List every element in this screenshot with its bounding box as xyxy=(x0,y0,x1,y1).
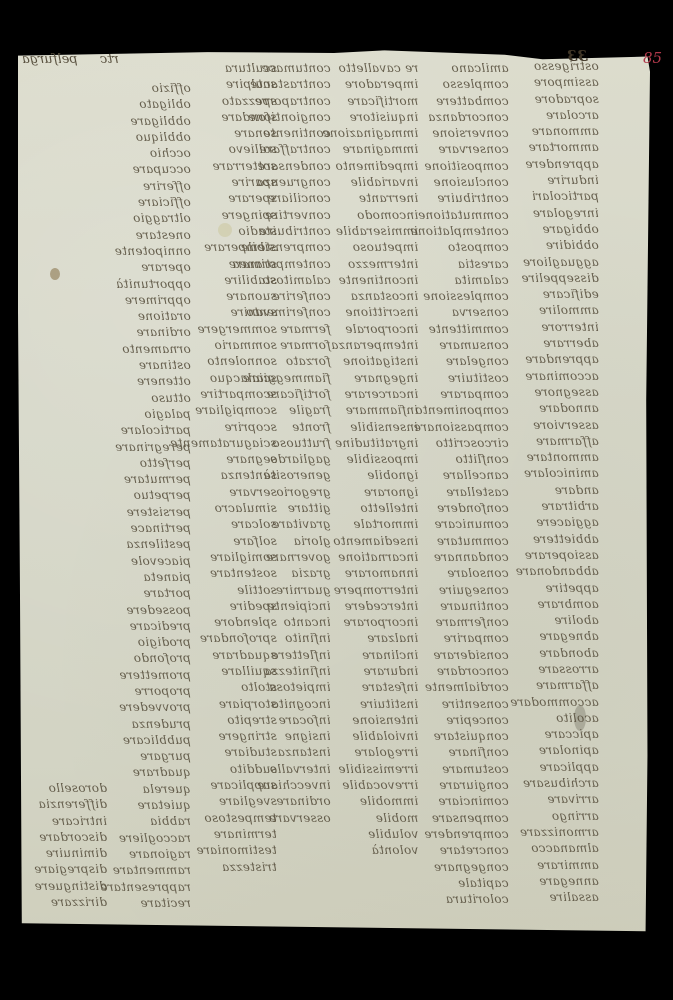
manuscript-word: comparare xyxy=(410,386,509,402)
manuscript-word: impossibile xyxy=(322,451,418,467)
manuscript-word: cancellare xyxy=(410,467,509,483)
manuscript-word: andare xyxy=(510,482,599,498)
manuscript-word: ordinare xyxy=(100,324,191,340)
manuscript-word: pianeta xyxy=(100,569,191,585)
manuscript-word: volontà xyxy=(322,842,418,858)
manuscript-word: incontinente xyxy=(322,272,418,288)
manuscript-word: incorporare xyxy=(322,614,418,630)
word-column-3: re cavallettoimperadoremortificareinquis… xyxy=(322,60,418,859)
manuscript-word: cordialmente xyxy=(410,679,509,695)
manuscript-word: affarmare xyxy=(510,677,599,693)
header-note-left-2: rtc xyxy=(100,52,119,67)
manuscript-word: innamorare xyxy=(322,565,418,581)
manuscript-word: conservare xyxy=(410,141,509,157)
manuscript-word: scultura xyxy=(170,60,277,76)
manuscript-word: coloritura xyxy=(410,891,509,907)
manuscript-word: ingratitudine xyxy=(322,435,418,451)
manuscript-word: incostanza xyxy=(322,288,418,304)
manuscript-word: ignorare xyxy=(322,484,418,500)
manuscript-word: interrore xyxy=(510,319,599,335)
manuscript-word: persistere xyxy=(100,504,191,520)
manuscript-word: quietare xyxy=(100,797,191,813)
manuscript-word: incarcerare xyxy=(322,386,418,402)
manuscript-word: oratione xyxy=(100,308,191,324)
manuscript-word: confermare xyxy=(410,614,509,630)
manuscript-word: assegnore xyxy=(510,384,599,400)
manuscript-word: inquisitore xyxy=(322,109,418,125)
manuscript-word: obbidire xyxy=(510,237,599,253)
header-note-left: pelfurga xyxy=(22,52,78,67)
manuscript-word: conflitto xyxy=(410,451,509,467)
manuscript-word: insensibile xyxy=(322,419,418,435)
manuscript-word: apiccare xyxy=(510,726,599,742)
manuscript-word: arcolare xyxy=(510,107,599,123)
manuscript-word: continuare xyxy=(410,598,509,614)
manuscript-word: carestia xyxy=(410,256,509,272)
manuscript-word: dispregiare xyxy=(34,861,107,877)
manuscript-word: confondere xyxy=(410,500,509,516)
manuscript-word: conquistare xyxy=(410,728,509,744)
manuscript-word: ingegnare xyxy=(322,370,418,386)
manuscript-word: arrossare xyxy=(510,661,599,677)
manuscript-word: amilcano xyxy=(410,60,509,76)
manuscript-word: comparire xyxy=(410,630,509,646)
manuscript-word: congegnare xyxy=(410,859,509,875)
manuscript-word: inerrante xyxy=(322,190,418,206)
manuscript-word: permutare xyxy=(100,471,191,487)
manuscript-word: agguagliore xyxy=(510,254,599,270)
manuscript-word: componimento xyxy=(410,402,509,418)
manuscript-word: complessione xyxy=(410,288,509,304)
manuscript-word: combattere xyxy=(410,93,509,109)
manuscript-word: committente xyxy=(410,321,509,337)
manuscript-word: discordare xyxy=(34,829,107,845)
manuscript-word: officiare xyxy=(100,194,191,210)
manuscript-word: conclusione xyxy=(410,174,509,190)
manuscript-word: intermezzo xyxy=(322,256,418,272)
manuscript-word: abbandonare xyxy=(510,563,599,579)
manuscript-word: assimpore xyxy=(510,74,599,90)
manuscript-word: immaginare xyxy=(322,141,418,157)
manuscript-word: opportunità xyxy=(100,276,191,292)
manuscript-word: pertinace xyxy=(100,520,191,536)
manuscript-word: assioperare xyxy=(510,547,599,563)
manuscript-word: diminuire xyxy=(34,845,107,861)
manuscript-word: aombrare xyxy=(510,596,599,612)
manuscript-word: onnipotente xyxy=(100,243,191,259)
manuscript-word: distinguere xyxy=(34,878,107,894)
manuscript-word: archibusare xyxy=(510,775,599,791)
manuscript-word: intemperanza xyxy=(322,337,418,353)
manuscript-word: inscrittione xyxy=(322,304,418,320)
word-column-2: amilcanocomplessocombattereconcordanzaco… xyxy=(410,60,509,907)
manuscript-word: pestilenza xyxy=(100,536,191,552)
manuscript-word: ignobile xyxy=(322,467,418,483)
manuscript-word: applicare xyxy=(510,759,599,775)
manuscript-word: intricare xyxy=(34,813,107,829)
manuscript-word: ostinare xyxy=(100,357,191,373)
manuscript-word: ammonare xyxy=(510,123,599,139)
manuscript-word: differenzia xyxy=(34,796,107,812)
manuscript-word: commutatione xyxy=(410,207,509,223)
manuscript-word: prudenza xyxy=(100,716,191,732)
manuscript-word: indurare xyxy=(322,663,418,679)
manuscript-word: accominare xyxy=(510,368,599,384)
manuscript-word: prodigio xyxy=(100,634,191,650)
manuscript-word: irrevocabile xyxy=(322,777,418,793)
manuscript-word: oltraggio xyxy=(100,210,191,226)
manuscript-word: intelletto xyxy=(322,500,418,516)
manuscript-word: circoscritto xyxy=(410,435,509,451)
manuscript-word: calamita xyxy=(410,272,509,288)
manuscript-word: offerire xyxy=(100,178,191,194)
manuscript-word: imperadore xyxy=(322,76,418,92)
manuscript-word: impedimento xyxy=(322,158,418,174)
manuscript-word: instituire xyxy=(322,696,418,712)
manuscript-word: opprimere xyxy=(100,292,191,308)
manuscript-word: possedere xyxy=(100,602,191,618)
manuscript-word: confinare xyxy=(410,744,509,760)
manuscript-word: particolari xyxy=(510,188,599,204)
manuscript-word: provvedere xyxy=(100,699,191,715)
manuscript-word: obbliquo xyxy=(100,129,191,145)
manuscript-word: considerare xyxy=(410,647,509,663)
manuscript-word: perfetto xyxy=(100,455,191,471)
manuscript-word: ammortare xyxy=(510,139,599,155)
manuscript-word: quadrare xyxy=(100,764,191,780)
manuscript-word: comprendere xyxy=(410,826,509,842)
manuscript-word: irregolare xyxy=(322,744,418,760)
manuscript-word: peregrinare xyxy=(100,439,191,455)
manuscript-word: rammentare xyxy=(100,862,191,878)
manuscript-word: castellare xyxy=(410,484,509,500)
manuscript-word: conversione xyxy=(410,125,509,141)
manuscript-word: conseguire xyxy=(410,582,509,598)
manuscript-word: obligato xyxy=(100,96,191,112)
manuscript-word: dorosello xyxy=(34,780,107,796)
manuscript-word: particolare xyxy=(100,422,191,438)
manuscript-word: annegare xyxy=(510,873,599,889)
ink-stain xyxy=(50,268,60,280)
word-column-6: offizioobligatoobbligareobbliquoocchiooc… xyxy=(100,80,191,911)
manuscript-word: capitale xyxy=(410,875,509,891)
folio-number: 85 xyxy=(643,49,662,67)
manuscript-word: apinolare xyxy=(510,742,599,758)
manuscript-word: composto xyxy=(410,239,509,255)
manuscript-word: offizio xyxy=(100,80,191,96)
manuscript-word: interrompere xyxy=(322,582,418,598)
manuscript-word: obbigare xyxy=(510,221,599,237)
manuscript-word: purgare xyxy=(100,748,191,764)
manuscript-word: impetuoso xyxy=(322,239,418,255)
manuscript-word: affarmare xyxy=(510,433,599,449)
manuscript-word: irremissibile xyxy=(322,761,418,777)
manuscript-word: arringo xyxy=(510,808,599,824)
manuscript-word: concretare xyxy=(410,842,509,858)
word-column-7: dorosellodifferenziaintricarediscordared… xyxy=(34,780,107,910)
manuscript-word: congelare xyxy=(410,353,509,369)
manuscript-word: ottuso xyxy=(100,390,191,406)
manuscript-word: proporre xyxy=(100,683,191,699)
manuscript-word: infestare xyxy=(322,679,418,695)
manuscript-word: contemplatione xyxy=(410,223,509,239)
manuscript-word: asserviore xyxy=(510,417,599,433)
manuscript-word: pubblicare xyxy=(100,732,191,748)
manuscript-word: rappresentare xyxy=(100,879,191,895)
manuscript-word: arrivare xyxy=(510,791,599,807)
manuscript-word: assalire xyxy=(510,889,599,905)
manuscript-word: compensare xyxy=(410,810,509,826)
manuscript-word: recitare xyxy=(100,895,191,911)
manuscript-word: obbligare xyxy=(100,113,191,129)
manuscript-word: inregolare xyxy=(510,205,599,221)
manuscript-word: disseppelire xyxy=(510,270,599,286)
manuscript-word: predicare xyxy=(100,618,191,634)
manuscript-word: inalzare xyxy=(322,630,418,646)
manuscript-word: onestare xyxy=(100,227,191,243)
manuscript-word: apprendere xyxy=(510,156,599,172)
manuscript-word: annodare xyxy=(510,400,599,416)
manuscript-word: instigatione xyxy=(322,353,418,369)
manuscript-word: occupare xyxy=(100,161,191,177)
manuscript-word: intensione xyxy=(322,712,418,728)
manuscript-word: concordare xyxy=(410,663,509,679)
manuscript-word: acolito xyxy=(510,710,599,726)
manuscript-word: aminicolare xyxy=(510,465,599,481)
manuscript-word: accommodare xyxy=(510,694,599,710)
manuscript-word: insediamento xyxy=(322,533,418,549)
manuscript-word: costumare xyxy=(410,761,509,777)
manuscript-word: profondo xyxy=(100,650,191,666)
manuscript-word: intercedere xyxy=(322,598,418,614)
manuscript-word: arbitrare xyxy=(510,498,599,514)
manuscript-word: sopradore xyxy=(510,91,599,107)
manuscript-word: inclinare xyxy=(322,647,418,663)
manuscript-word: dirizzare xyxy=(34,894,107,910)
manuscript-word: volubile xyxy=(322,826,418,842)
manuscript-word: appetire xyxy=(510,580,599,596)
manuscript-word: inviolabile xyxy=(322,728,418,744)
manuscript-word: abondare xyxy=(510,645,599,661)
manuscript-word: ornamento xyxy=(100,341,191,357)
manuscript-word: abolire xyxy=(510,612,599,628)
manuscript-word: occhio xyxy=(100,145,191,161)
manuscript-word: complesso xyxy=(410,76,509,92)
manuscript-word: cominciare xyxy=(410,793,509,809)
manuscript-word: comunicare xyxy=(410,516,509,532)
manuscript-word: ostrigesso xyxy=(510,58,599,74)
manuscript-word: re cavalletto xyxy=(322,60,418,76)
manuscript-word: piacevole xyxy=(100,553,191,569)
manuscript-word: aggiacere xyxy=(510,514,599,530)
manuscript-word: compassionare xyxy=(410,419,509,435)
manuscript-word: concepire xyxy=(410,712,509,728)
manuscript-word: infiammare xyxy=(322,402,418,418)
manuscript-word: indurire xyxy=(510,172,599,188)
manuscript-word: consentire xyxy=(410,696,509,712)
manuscript-word: condannare xyxy=(410,549,509,565)
manuscript-word: consolare xyxy=(410,565,509,581)
manuscript-word: promettere xyxy=(100,667,191,683)
manuscript-word: compositione xyxy=(410,158,509,174)
manuscript-word: rabbia xyxy=(100,813,191,829)
manuscript-word: congiurare xyxy=(410,777,509,793)
manuscript-word: invariabile xyxy=(322,174,418,190)
manuscript-word: immortale xyxy=(322,516,418,532)
manuscript-word: palagio xyxy=(100,406,191,422)
manuscript-word: commutare xyxy=(410,533,509,549)
manuscript-word: ragionare xyxy=(100,846,191,862)
manuscript-word: raccogliere xyxy=(100,830,191,846)
manuscript-word: immobile xyxy=(322,793,418,809)
manuscript-word: costituire xyxy=(410,370,509,386)
manuscript-word: ottenere xyxy=(100,373,191,389)
manuscript-word: concordanza xyxy=(410,109,509,125)
manuscript-word: ammontare xyxy=(510,449,599,465)
manuscript-word: apprendare xyxy=(510,351,599,367)
word-column-1: ostrigessoassimporesopradorearcolareammo… xyxy=(510,58,599,905)
manuscript-word: querela xyxy=(100,781,191,797)
manuscript-word: perpetuo xyxy=(100,487,191,503)
manuscript-word: armonizzare xyxy=(510,824,599,840)
manuscript-word: immiserabile xyxy=(322,223,418,239)
manuscript-word: immaginazione xyxy=(322,125,418,141)
manuscript-word: abnegare xyxy=(510,628,599,644)
manuscript-word: almanacco xyxy=(510,840,599,856)
manuscript-word: mobile xyxy=(322,810,418,826)
manuscript-word: ammirare xyxy=(510,857,599,873)
manuscript-word: conserva xyxy=(410,304,509,320)
manuscript-word: mortificare xyxy=(322,93,418,109)
manuscript-word: incorporale xyxy=(322,321,418,337)
manuscript-word: ammolire xyxy=(510,302,599,318)
manuscript-word: aberrare xyxy=(510,335,599,351)
manuscript-word: operare xyxy=(100,259,191,275)
manuscript-word: abbiettere xyxy=(510,531,599,547)
manuscript-word: consumare xyxy=(410,337,509,353)
manuscript-word: contribuire xyxy=(410,190,509,206)
manuscript-word: portare xyxy=(100,585,191,601)
manuscript-word: incomodo xyxy=(322,207,418,223)
manuscript-word: edificare xyxy=(510,286,599,302)
manuscript-word: incarnatione xyxy=(322,549,418,565)
